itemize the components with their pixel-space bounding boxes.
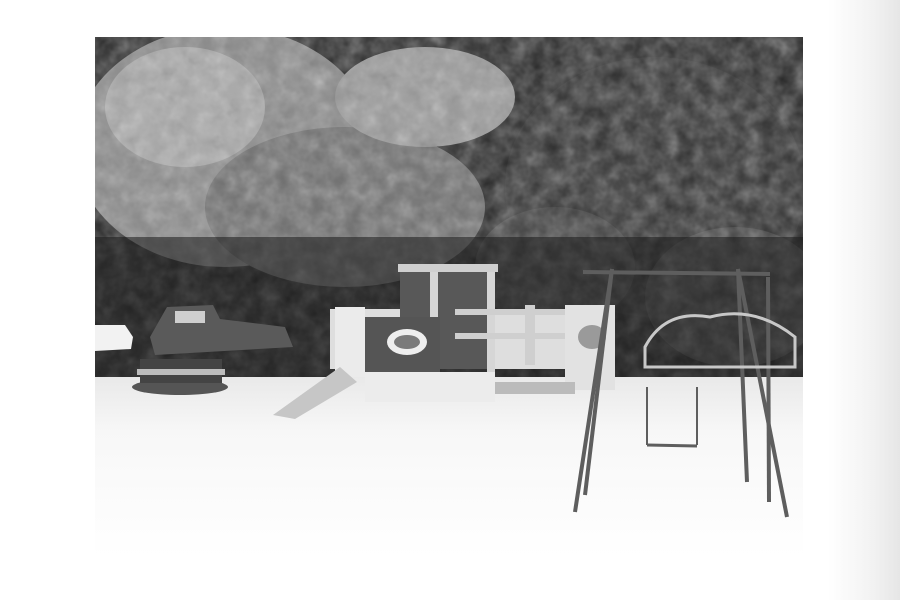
merry-go-round (132, 359, 228, 395)
photo-canvas (95, 37, 803, 557)
playground-photo (95, 37, 803, 557)
